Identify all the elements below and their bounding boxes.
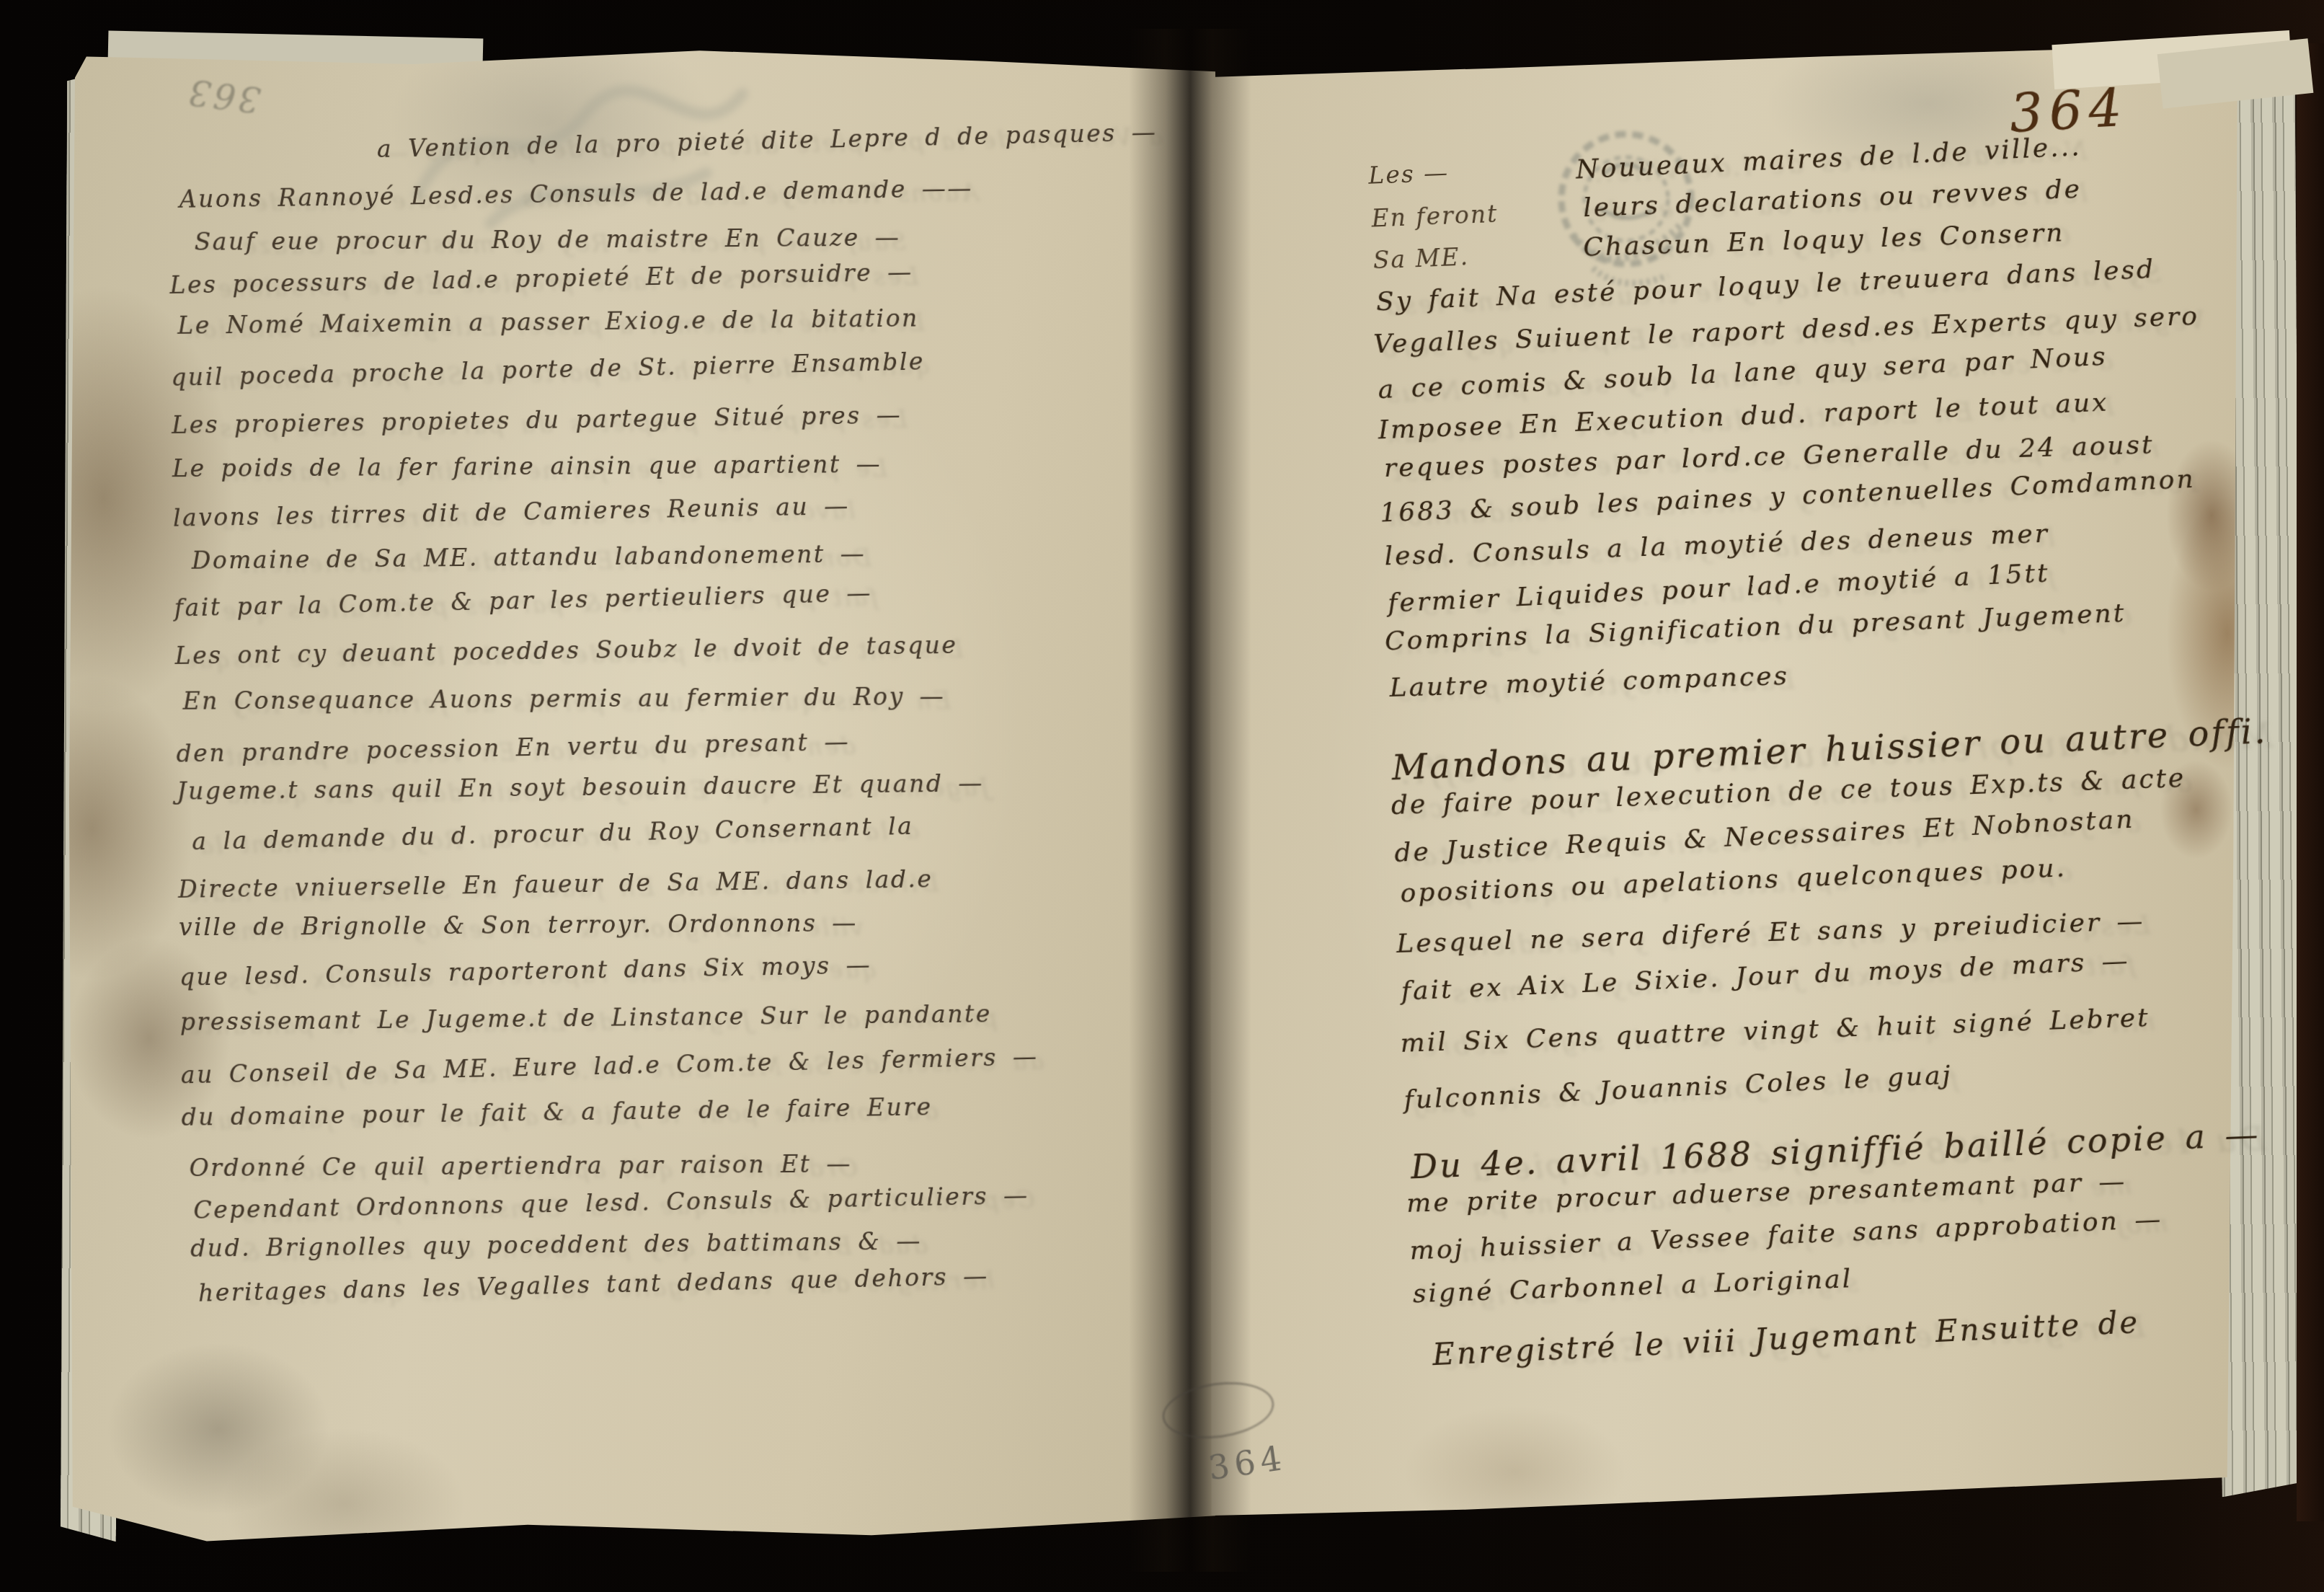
- gutter-shadow: [1129, 29, 1251, 1572]
- folio-number: 364: [2008, 78, 2130, 144]
- binding-edge: [2297, 43, 2324, 1521]
- manuscript-scan: a Vention de la pro pieté dite Lepre d d…: [0, 0, 2324, 1592]
- margin-note: Sa ME.: [1372, 242, 1470, 274]
- manuscript-line: Sauf eue procur du Roy de maistre En Cau…: [195, 226, 901, 254]
- manuscript-line: Jugeme.t sans quil En soyt besouin daucr…: [177, 771, 984, 802]
- margin-note: En feront: [1371, 200, 1499, 233]
- manuscript-line: ville de Brignolle & Son terroyr. Ordonn…: [179, 911, 858, 939]
- manuscript-line: Le Nomé Maixemin a passer Exiog.e de la …: [177, 306, 919, 337]
- manuscript-line: Domaine de Sa ME. attandu labandonement …: [192, 541, 866, 572]
- manuscript-line: dud. Brignolles quy poceddent des battim…: [190, 1229, 922, 1260]
- manuscript-line: Ordonné Ce quil apertiendra par raison E…: [190, 1151, 853, 1180]
- manuscript-line: Le poids de la fer farine ainsin que apa…: [172, 452, 882, 480]
- margin-note: Les —: [1368, 158, 1450, 189]
- manuscript-line: En Consequance Auons permis au fermier d…: [182, 684, 945, 713]
